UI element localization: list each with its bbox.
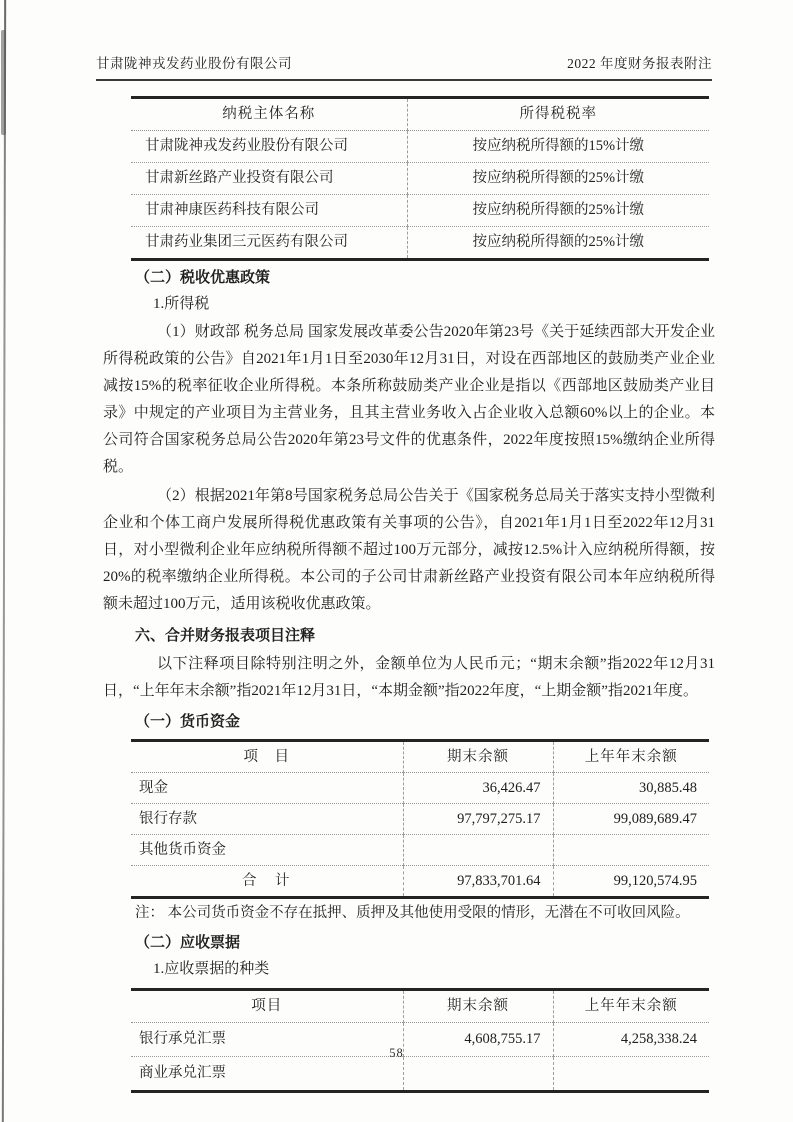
table-cell: 甘肃药业集团三元医药有限公司 [131,227,407,260]
column-header: 上年年末余额 [553,741,709,773]
table-cell: 97,833,701.64 [403,866,553,898]
table-cell: 按应纳税所得额的25%计缴 [407,163,709,195]
table-row: 甘肃陇神戎发药业股份有限公司按应纳税所得额的15%计缴 [131,131,709,163]
table-cell: 甘肃新丝路产业投资有限公司 [131,163,407,195]
section-heading-bills: （二）应收票据 [103,931,715,956]
table-cell: 甘肃陇神戎发药业股份有限公司 [131,131,407,163]
table-header-row: 纳税主体名称所得税税率 [131,98,709,131]
table-cell: 现金 [131,773,403,804]
table-row: 现金36,426.4730,885.48 [131,773,709,804]
column-header: 所得税税率 [407,98,709,131]
document-page: 甘肃陇神戎发药业股份有限公司 2022 年度财务报表附注 纳税主体名称所得税税率… [0,0,793,1122]
company-name: 甘肃陇神戎发药业股份有限公司 [96,52,292,72]
page-header: 甘肃陇神戎发药业股份有限公司 2022 年度财务报表附注 [96,52,712,81]
paragraph-tax-policy-1: （1）财政部 税务总局 国家发展改革委公告2020年第23号《关于延续西部大开发… [103,319,715,481]
column-header: 期末余额 [403,741,553,773]
subsection-heading-bills-type: 1.应收票据的种类 [103,957,715,982]
paragraph-notes-intro: 以下注释项目除特别注明之外，金额单位为人民币元；“期末余额”指2022年12月3… [103,651,715,705]
section-heading-notes: 六、合并财务报表项目注释 [103,624,715,649]
table-cell: 按应纳税所得额的25%计缴 [407,227,709,260]
table-row: 商业承兑汇票 [131,1057,709,1092]
table-cell: 商业承兑汇票 [131,1057,403,1092]
column-header: 项目 [131,990,403,1023]
table-header-row: 项 目期末余额上年年末余额 [131,741,709,773]
table-cell: 36,426.47 [403,773,553,804]
table-cell [553,1057,709,1092]
cash-and-equivalents-table: 项 目期末余额上年年末余额 现金36,426.4730,885.48银行存款97… [131,739,709,899]
table-cell: 按应纳税所得额的15%计缴 [407,131,709,163]
column-header: 期末余额 [403,990,553,1023]
column-header: 上年年末余额 [553,990,709,1023]
table-row: 甘肃药业集团三元医药有限公司按应纳税所得额的25%计缴 [131,227,709,260]
page-content: 纳税主体名称所得税税率 甘肃陇神戎发药业股份有限公司按应纳税所得额的15%计缴甘… [103,92,715,1093]
table-cell [403,1057,553,1092]
table-cell [403,835,553,866]
table-cell [553,835,709,866]
scan-smudge-artifact [1,30,6,135]
table-row: 合 计97,833,701.6499,120,574.95 [131,866,709,898]
table-row: 其他货币资金 [131,835,709,866]
table-cell: 合 计 [131,866,403,898]
column-header: 纳税主体名称 [131,98,407,131]
section-heading-cash: （一）货币资金 [103,710,715,735]
cash-table-note: 注： 本公司货币资金不存在抵押、质押及其他使用受限的情形，无潜在不可收回风险。 [103,901,715,925]
table-row: 银行存款97,797,275.1799,089,689.47 [131,804,709,835]
document-title: 2022 年度财务报表附注 [567,52,712,72]
table-cell: 银行存款 [131,804,403,835]
paragraph-tax-policy-2: （2）根据2021年第8号国家税务总局公告关于《国家税务总局关于落实支持小型微利… [103,483,715,618]
table-header-row: 项目期末余额上年年末余额 [131,990,709,1023]
table-row: 甘肃神康医药科技有限公司按应纳税所得额的25%计缴 [131,195,709,227]
table-cell: 97,797,275.17 [403,804,553,835]
subsection-heading-income-tax: 1.所得税 [103,292,715,317]
income-tax-rate-table: 纳税主体名称所得税税率 甘肃陇神戎发药业股份有限公司按应纳税所得额的15%计缴甘… [131,96,709,261]
table-row: 甘肃新丝路产业投资有限公司按应纳税所得额的25%计缴 [131,163,709,195]
scan-edge-artifact [2,0,6,1122]
column-header: 项 目 [131,741,403,773]
table-cell: 甘肃神康医药科技有限公司 [131,195,407,227]
table-cell: 99,120,574.95 [553,866,709,898]
section-heading-tax-policy: （二）税收优惠政策 [103,266,715,291]
table-cell: 其他货币资金 [131,835,403,866]
page-number: 58 [0,1046,793,1061]
table-cell: 99,089,689.47 [553,804,709,835]
notes-receivable-table: 项目期末余额上年年末余额 银行承兑汇票4,608,755.174,258,338… [131,988,709,1093]
table-cell: 30,885.48 [553,773,709,804]
table-cell: 按应纳税所得额的25%计缴 [407,195,709,227]
